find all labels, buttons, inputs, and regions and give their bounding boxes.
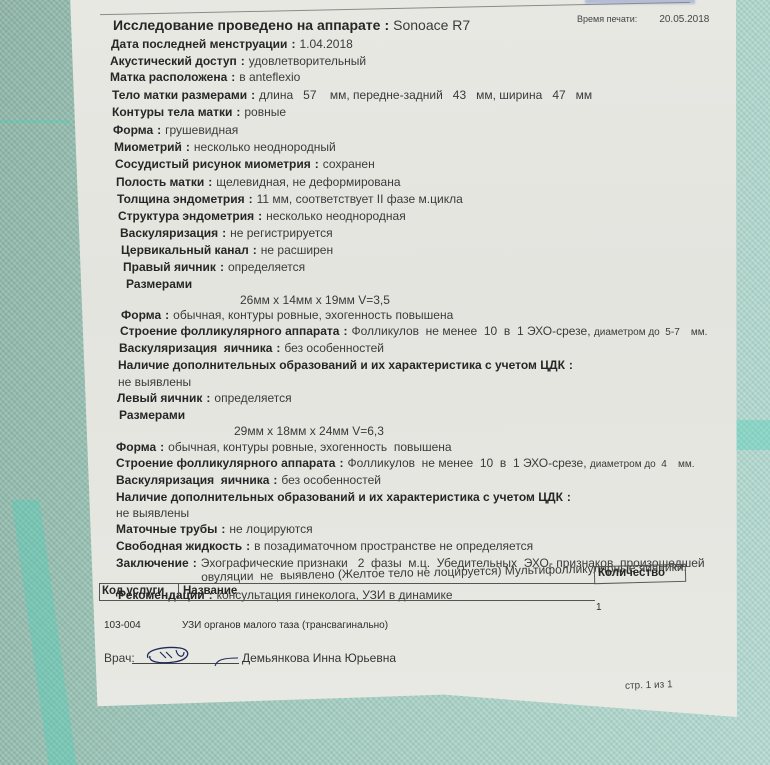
colon: :	[315, 157, 319, 171]
right-ovary-formations-value: не выявлены	[118, 375, 191, 389]
right-ovary-value: определяется	[228, 260, 305, 274]
colon: :	[221, 522, 225, 536]
colon: :	[569, 358, 573, 372]
left-ovary-shape-label: Форма	[116, 440, 156, 454]
colon: :	[193, 556, 197, 570]
left-ovary-follicular-value: Фолликулов не менее 10 в 1 ЭХО-срезе,	[347, 456, 586, 470]
sizes-label: Размерами	[119, 408, 185, 422]
right-ovary-line: Правый яичник:определяется	[123, 260, 305, 274]
contour-value: ровные	[244, 105, 286, 119]
tubes-value: не лоцируются	[229, 522, 312, 536]
colon: :	[206, 391, 210, 405]
uterus-size-value: длина 57 мм, передне-задний 43 мм, ширин…	[259, 88, 592, 102]
doctor-label: Врач:	[104, 651, 135, 665]
uterus-size-line: Тело матки размерами:длина 57 мм, передн…	[112, 88, 592, 102]
left-ovary-vasc-line: Васкуляризация яичника:без особенностей	[116, 473, 381, 487]
right-ovary-shape-value: обычная, контуры ровные, эхогенность пов…	[173, 308, 453, 322]
myometrium-line: Миометрий:несколько неоднородный	[114, 140, 336, 154]
code-header: Код услуги	[102, 585, 164, 597]
colon: :	[567, 490, 571, 504]
left-ovary-formations-line: Наличие дополнительных образований и их …	[116, 490, 575, 504]
vascularization-label: Васкуляризация	[120, 226, 218, 240]
free-fluid-value: в позадиматочном пространстве не определ…	[254, 539, 533, 553]
vascular-pattern-value: сохранен	[323, 157, 375, 171]
colon: :	[251, 88, 255, 102]
endometrium-thickness-line: Толщина эндометрия:11 мм, соответствует …	[117, 192, 463, 206]
ultrasound-report: Время печати:20.05.2018 Исследование про…	[0, 0, 770, 765]
right-ovary-shape-label: Форма	[121, 308, 161, 322]
vascularization-value: не регистрируется	[230, 226, 332, 240]
right-ovary-shape-line: Форма:обычная, контуры ровные, эхогеннос…	[121, 308, 453, 322]
shape-line: Форма:грушевидная	[113, 123, 238, 137]
left-ovary-follicular-line: Строение фолликулярного аппарата:Фоллику…	[116, 456, 695, 470]
left-ovary-follicular-label: Строение фолликулярного аппарата	[116, 456, 335, 470]
right-ovary-vasc-value: без особенностей	[284, 341, 384, 355]
left-ovary-formations-label: Наличие дополнительных образований и их …	[116, 490, 563, 504]
colon: :	[222, 226, 226, 240]
shape-label: Форма	[113, 123, 153, 137]
acoustic-label: Акустический доступ	[110, 54, 237, 68]
page-number: стр. 1 из 1	[625, 679, 673, 692]
colon: :	[258, 209, 262, 223]
endometrium-thickness-label: Толщина эндометрия	[117, 192, 245, 206]
lmp-label: Дата последней менструации	[111, 37, 287, 51]
colon: :	[276, 341, 280, 355]
right-ovary-formations-label: Наличие дополнительных образований и их …	[118, 358, 565, 372]
left-ovary-vasc-value: без особенностей	[281, 473, 381, 487]
colon: :	[220, 260, 224, 274]
right-ovary-sizes-value: 26мм x 14мм x 19мм V=3,5	[240, 293, 390, 307]
left-ovary-vasc-label: Васкуляризация яичника	[116, 473, 269, 487]
colon: :	[160, 440, 164, 454]
lmp-line: Дата последней менструации:1.04.2018	[111, 37, 353, 51]
service-qty: 1	[596, 602, 602, 613]
position-label: Матка расположена	[110, 70, 227, 84]
right-ovary-label: Правый яичник	[123, 260, 216, 274]
colon: :	[339, 456, 343, 470]
colon: :	[157, 123, 161, 137]
position-value: в anteflexio	[239, 70, 300, 84]
endometrium-structure-line: Структура эндометрия:несколько неоднород…	[118, 209, 406, 223]
right-ovary-formations-line: Наличие дополнительных образований и их …	[118, 358, 577, 372]
right-ovary-follicle-diameter: диаметром до 5-7 мм.	[594, 327, 708, 338]
colon: :	[165, 308, 169, 322]
left-ovary-shape-value: обычная, контуры ровные, эхогенность пов…	[168, 440, 451, 454]
left-ovary-line: Левый яичник:определяется	[117, 391, 292, 405]
free-fluid-label: Свободная жидкость	[116, 539, 242, 553]
vascular-pattern-label: Сосудистый рисунок миометрия	[115, 157, 311, 171]
acoustic-value: удовлетворительный	[249, 54, 366, 68]
qty-header: Количество	[598, 567, 665, 579]
tubes-line: Маточные трубы:не лоцируются	[116, 522, 313, 536]
signature-icon	[140, 644, 250, 668]
vascular-pattern-line: Сосудистый рисунок миометрия:сохранен	[115, 157, 375, 171]
tubes-label: Маточные трубы	[116, 522, 217, 536]
left-ovary-label: Левый яичник	[117, 391, 202, 405]
cervical-label: Цервикальный канал	[121, 243, 249, 257]
colon: :	[253, 243, 257, 257]
endometrium-thickness-value: 11 мм, соответствует II фазе м.цикла	[257, 192, 463, 206]
colon: :	[241, 54, 245, 68]
device-label: Исследование проведено на аппарате	[113, 17, 380, 33]
colon: :	[343, 324, 347, 338]
colon: :	[231, 70, 235, 84]
colon: :	[186, 140, 190, 154]
cervical-value: не расширен	[261, 243, 333, 257]
right-ovary-vasc-line: Васкуляризация яичника:без особенностей	[119, 341, 384, 355]
position-line: Матка расположена:в anteflexio	[110, 70, 300, 84]
colon: :	[291, 37, 295, 51]
endometrium-structure-label: Структура эндометрия	[118, 209, 254, 223]
shape-value: грушевидная	[165, 123, 238, 137]
endometrium-structure-value: несколько неоднородная	[266, 209, 406, 223]
right-ovary-vasc-label: Васкуляризация яичника	[119, 341, 272, 355]
left-ovary-shape-line: Форма:обычная, контуры ровные, эхогеннос…	[116, 440, 452, 454]
colon: :	[384, 17, 389, 33]
cavity-label: Полость матки	[116, 175, 204, 189]
device-line: Исследование проведено на аппарате:Sonoa…	[113, 17, 470, 33]
right-ovary-follicular-line: Строение фолликулярного аппарата:Фоллику…	[120, 324, 707, 338]
uterus-size-label: Тело матки размерами	[112, 88, 247, 102]
acoustic-line: Акустический доступ:удовлетворительный	[110, 54, 366, 68]
right-ovary-follicular-value: Фолликулов не менее 10 в 1 ЭХО-срезе,	[351, 324, 590, 338]
sizes-label: Размерами	[126, 277, 192, 291]
colon: :	[208, 175, 212, 189]
left-ovary-value: определяется	[214, 391, 291, 405]
colon: :	[236, 105, 240, 119]
colon: :	[246, 539, 250, 553]
cavity-line: Полость матки:щелевидная, не деформирова…	[116, 175, 401, 189]
header-divider	[178, 583, 179, 599]
left-ovary-formations-value: не выявлены	[116, 506, 189, 520]
cervical-line: Цервикальный канал:не расширен	[121, 243, 333, 257]
service-name: УЗИ органов малого таза (трансвагинально…	[182, 620, 388, 631]
contour-line: Контуры тела матки:ровные	[112, 105, 286, 119]
myometrium-label: Миометрий	[114, 140, 182, 154]
device-value: Sonoace R7	[393, 17, 470, 33]
doctor-name: Демьянкова Инна Юрьевна	[242, 651, 396, 665]
left-ovary-sizes-value: 29мм x 18мм x 24мм V=6,3	[234, 424, 384, 438]
left-ovary-sizes-label: Размерами	[119, 408, 185, 422]
free-fluid-line: Свободная жидкость:в позадиматочном прос…	[116, 539, 533, 553]
print-time: Время печати:20.05.2018	[577, 14, 709, 25]
colon: :	[273, 473, 277, 487]
print-time-value: 20.05.2018	[659, 14, 709, 25]
contour-label: Контуры тела матки	[112, 105, 232, 119]
right-ovary-follicular-label: Строение фолликулярного аппарата	[120, 324, 339, 338]
colon: :	[249, 192, 253, 206]
print-time-label: Время печати:	[577, 14, 637, 24]
left-ovary-follicle-diameter: диаметром до 4 мм.	[590, 459, 695, 470]
name-header: Название	[183, 585, 237, 597]
cavity-value: щелевидная, не деформирована	[216, 175, 400, 189]
right-ovary-sizes-label: Размерами	[126, 277, 192, 291]
lmp-value: 1.04.2018	[299, 37, 352, 51]
myometrium-value: несколько неоднородный	[194, 140, 336, 154]
conclusion-label: Заключение	[116, 556, 189, 570]
service-code: 103-004	[104, 620, 141, 631]
services-table-header	[99, 583, 595, 601]
vascularization-line: Васкуляризация:не регистрируется	[120, 226, 333, 240]
